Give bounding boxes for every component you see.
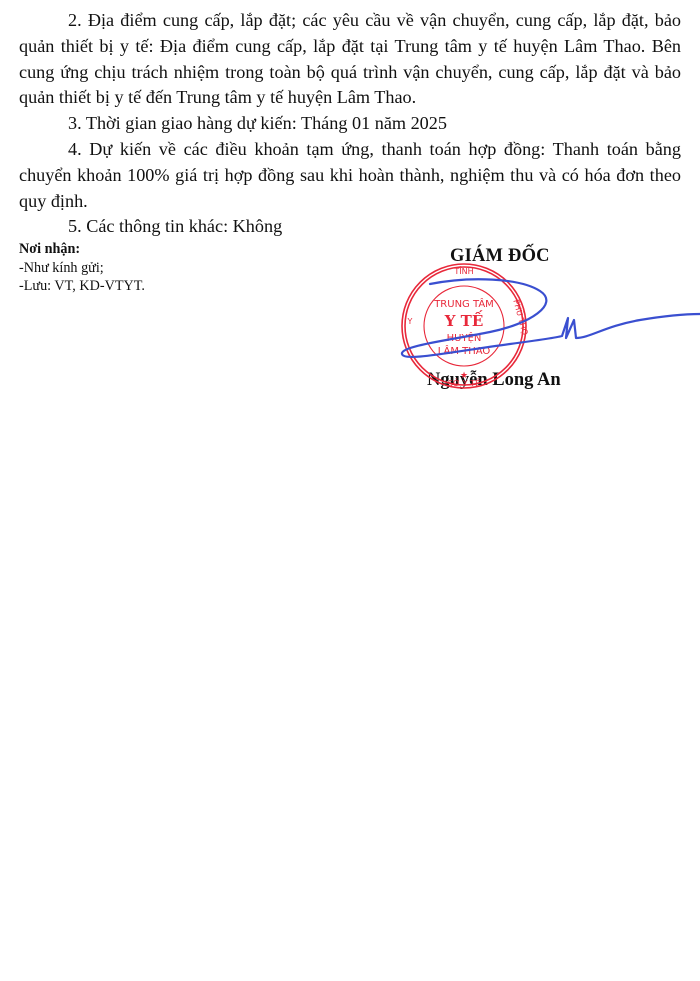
recipients-block: Nơi nhận: -Như kính gửi; -Lưu: VT, KD-VT… (19, 240, 145, 296)
paragraph-payment-terms: 4. Dự kiến về các điều khoản tạm ứng, th… (19, 137, 681, 214)
stamp-line-3: HUYỆN (447, 331, 482, 344)
signer-name: Nguyễn Long An (427, 370, 561, 391)
recipient-item: -Lưu: VT, KD-VTYT. (19, 277, 145, 296)
recipients-title: Nơi nhận: (19, 240, 145, 259)
paragraph-other-info: 5. Các thông tin khác: Không (19, 214, 681, 240)
stamp-line-1: TRUNG TÂM (433, 297, 494, 310)
signature-block: GIÁM ĐỐC Nguyễn Long An TỈNH Y PHÚ THỌ S… (390, 246, 700, 396)
document-page: 2. Địa điểm cung cấp, lắp đặt; các yêu c… (0, 0, 700, 981)
stamp-inner-ring (424, 286, 504, 366)
document-body: 2. Địa điểm cung cấp, lắp đặt; các yêu c… (19, 8, 681, 240)
recipient-item: -Như kính gửi; (19, 259, 145, 278)
paragraph-delivery-location: 2. Địa điểm cung cấp, lắp đặt; các yêu c… (19, 8, 681, 111)
paragraph-delivery-time: 3. Thời gian giao hàng dự kiến: Tháng 01… (19, 111, 681, 137)
stamp-ring-right: PHÚ THỌ (511, 298, 531, 336)
stamp-outer-ring-2 (405, 267, 523, 385)
signer-title: GIÁM ĐỐC (450, 246, 550, 267)
handwritten-signature-icon (402, 279, 700, 357)
stamp-ring-left: Y (407, 317, 413, 326)
stamp-line-2: Y TẾ (444, 310, 484, 330)
stamp-line-4: LÂM THAO (438, 344, 491, 357)
